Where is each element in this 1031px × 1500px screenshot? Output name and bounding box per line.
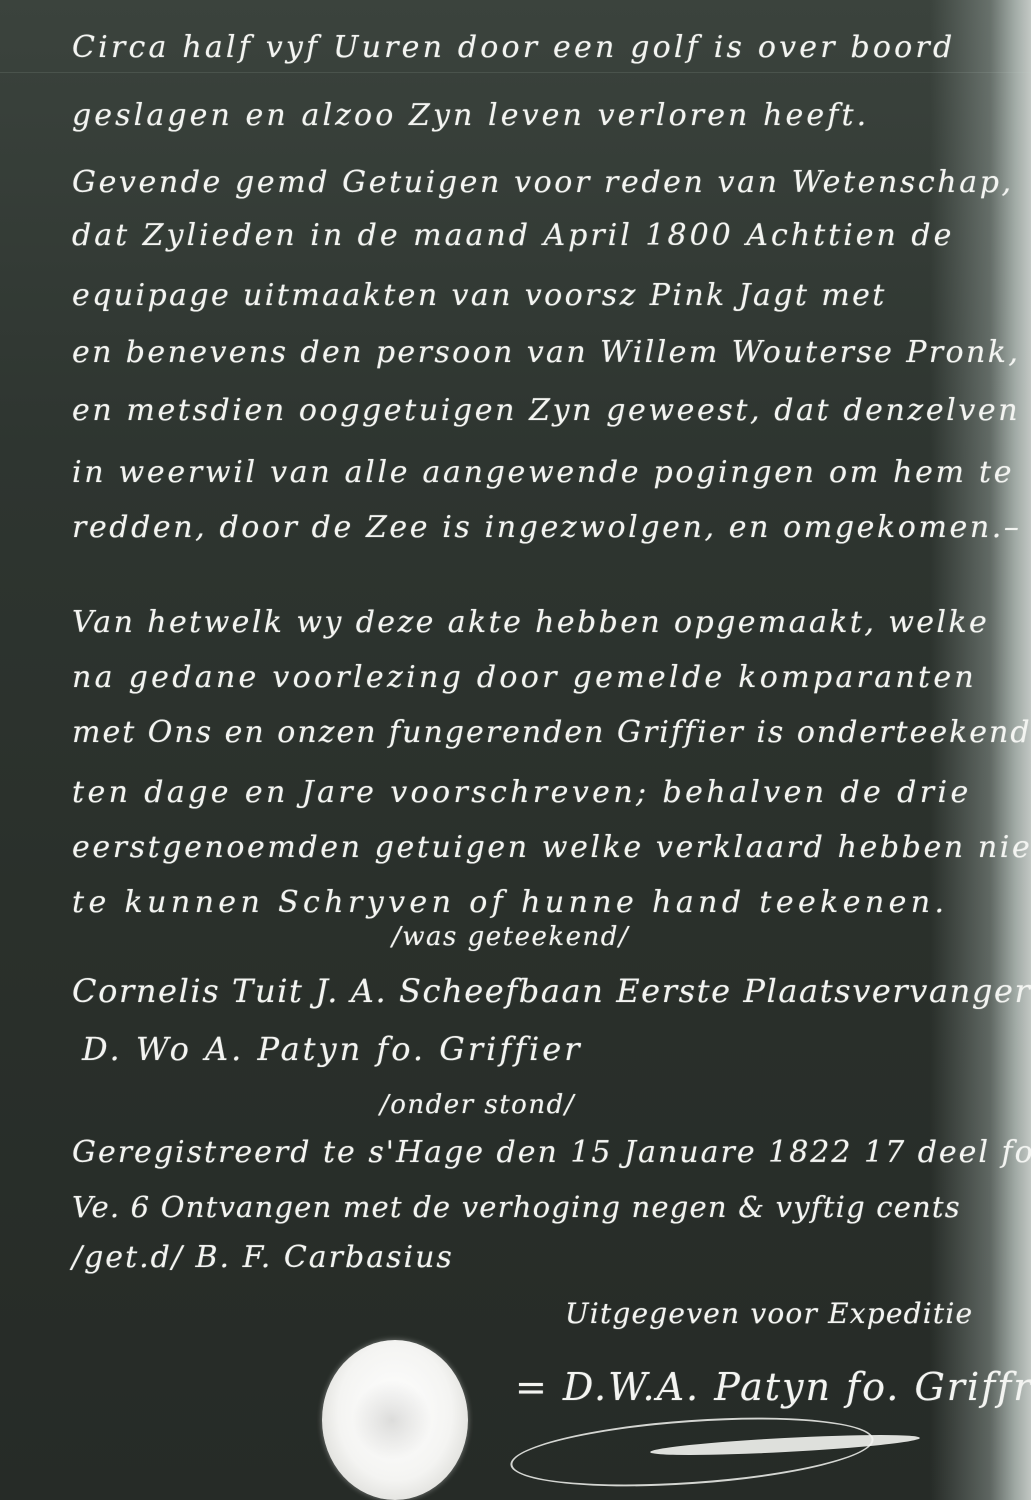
body-line-6: en benevens den persoon van Willem Woute…	[72, 335, 1020, 370]
body-line-1: Circa half vyf Uuren door een golf is ov…	[72, 30, 955, 65]
closing-line-3: met Ons en onzen fungerenden Griffier is…	[72, 715, 1031, 750]
body-line-2: geslagen en alzoo Zyn leven verloren hee…	[72, 98, 869, 133]
wax-seal-icon	[322, 1340, 468, 1500]
body-line-5: equipage uitmaakten van voorsz Pink Jagt…	[72, 278, 887, 313]
final-signature: = D.W.A. Patyn fo. Griffr.	[515, 1365, 1031, 1409]
registration-line-1: Geregistreerd te s'Hage den 15 Januare 1…	[72, 1135, 1031, 1170]
issued-for-note: Uitgegeven voor Expeditie	[565, 1297, 973, 1330]
closing-line-5: eerstgenoemden getuigen welke verklaard …	[72, 830, 1031, 865]
registration-line-3: /get.d/ B. F. Carbasius	[72, 1240, 454, 1275]
body-line-8: in weerwil van alle aangewende pogingen …	[72, 455, 1014, 490]
signed-note: /was geteekend/	[392, 922, 629, 952]
signatures-line-2: D. Wo A. Patyn fo. Griffier	[82, 1030, 583, 1068]
ruled-line	[0, 72, 1031, 73]
body-line-9: redden, door de Zee is ingezwolgen, en o…	[72, 510, 1022, 545]
body-line-4: dat Zylieden in de maand April 1800 Acht…	[72, 218, 954, 253]
registration-line-2: Ve. 6 Ontvangen met de verhoging negen &…	[72, 1190, 961, 1224]
closing-line-6: te kunnen Schryven of hunne hand teekene…	[72, 885, 948, 920]
signatures-line-1: Cornelis Tuit J. A. Scheefbaan Eerste Pl…	[72, 972, 1031, 1010]
closing-line-4: ten dage en Jare voorschreven; behalven …	[72, 775, 972, 810]
under-note: /onder stond/	[380, 1090, 575, 1120]
document-page: Circa half vyf Uuren door een golf is ov…	[0, 0, 1031, 1500]
body-line-3: Gevende gemd Getuigen voor reden van Wet…	[72, 165, 1014, 200]
closing-line-1: Van hetwelk wy deze akte hebben opgemaak…	[72, 605, 989, 640]
body-line-7: en metsdien ooggetuigen Zyn geweest, dat…	[72, 393, 1020, 428]
closing-line-2: na gedane voorlezing door gemelde kompar…	[72, 660, 977, 695]
